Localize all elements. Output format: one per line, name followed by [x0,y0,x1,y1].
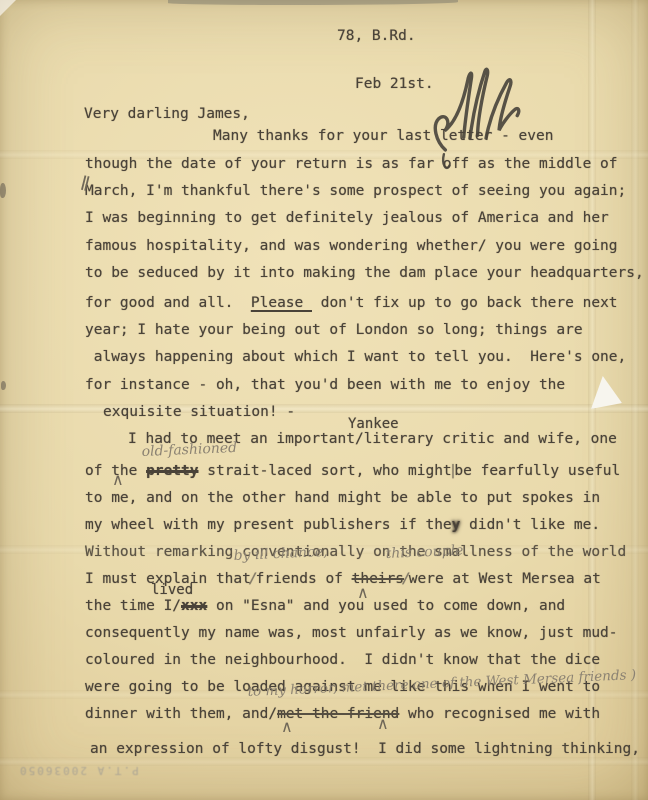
typed-line: to be seduced by it into making the dam … [85,265,644,282]
typed-line: the time I/xxx on "Esna" and you used to… [85,598,565,615]
typed-line: of the pretty strait-laced sort, who mig… [85,463,620,480]
typed-line: March, I'm thankful there's some prospec… [85,183,626,200]
typed-segment: my wheel with my present publishers if t… [85,517,452,533]
typed-insertion-yankee: Yankee [348,416,399,432]
typed-line: Many thanks for your last letter - even [213,128,553,145]
typed-line: I was beginning to get definitely jealou… [85,210,609,227]
typed-segment: dinner with them, and/ [85,706,277,722]
typed-line: coloured in the neighbourhood. I didn't … [85,652,600,669]
typed-line: though the date of your return is as far… [85,156,618,173]
edge-blemish [1,381,6,390]
typed-line: year; I hate your being out of London so… [85,322,583,339]
typed-segment: on "Esna" and you used to come down, and [207,598,565,614]
typed-line: an expression of lofty disgust! I did so… [90,741,640,758]
typed-insertion-lived: lived [151,582,193,598]
paper-folded-corner [0,0,16,16]
typed-line: my wheel with my present publishers if t… [85,517,600,534]
paper-torn-top-edge [168,0,458,5]
typed-segment: for good and all. [85,295,251,311]
typed-segment: be fearfully useful [454,463,620,479]
struck-word-pretty: pretty [146,463,198,479]
underlined-word-please: Please [251,295,312,311]
salutation: Very darling James, [84,106,250,123]
typed-line: always happening about which I want to t… [85,349,626,366]
typed-line: consequently my name was, most unfairly … [85,625,618,642]
typed-segment: didn't like me. [460,517,600,533]
letter-address: 78, B.Rd. [337,28,416,45]
insertion-caret: ∧ [377,714,389,733]
handwritten-annotation-by-ill-chance: by ill chance, [233,544,328,564]
typed-segment: who recognised me with [399,706,600,722]
typed-line: famous hospitality, and was wondering wh… [85,238,618,255]
letter-page: 78, B.Rd. Feb 21st. Billy Very darling J… [0,0,648,800]
typed-segment: don't fix up to go back there next [312,295,618,311]
typed-line: to me, and on the other hand might be ab… [85,490,600,507]
typed-line: for instance - oh, that you'd been with … [85,377,565,394]
edge-blemish [0,183,6,198]
archive-accession-stamp: P.T.A 20036050 [18,764,139,777]
typed-line: exquisite situation! - [103,404,295,421]
typed-segment: strait-laced sort, who might [199,463,452,479]
paper-crease [0,404,648,413]
typed-segment: the time I/ [85,598,181,614]
insertion-caret: ∧ [112,470,124,489]
struck-letters-xxx: xxx [181,598,207,614]
typed-segment: friends of [256,571,352,587]
handwritten-annotation-this-couple: this couple [385,543,463,562]
insertion-caret: ∧ [281,717,293,736]
handwritten-annotation-old-fashioned: old-fashioned [141,440,237,460]
typed-line: for good and all. Please don't fix up to… [85,295,618,312]
typed-line: dinner with them, and/met the friend who… [85,706,600,723]
typed-segment: were at West Mersea at [409,571,601,587]
typed-line: Without remarking conventionally on the … [85,544,626,561]
